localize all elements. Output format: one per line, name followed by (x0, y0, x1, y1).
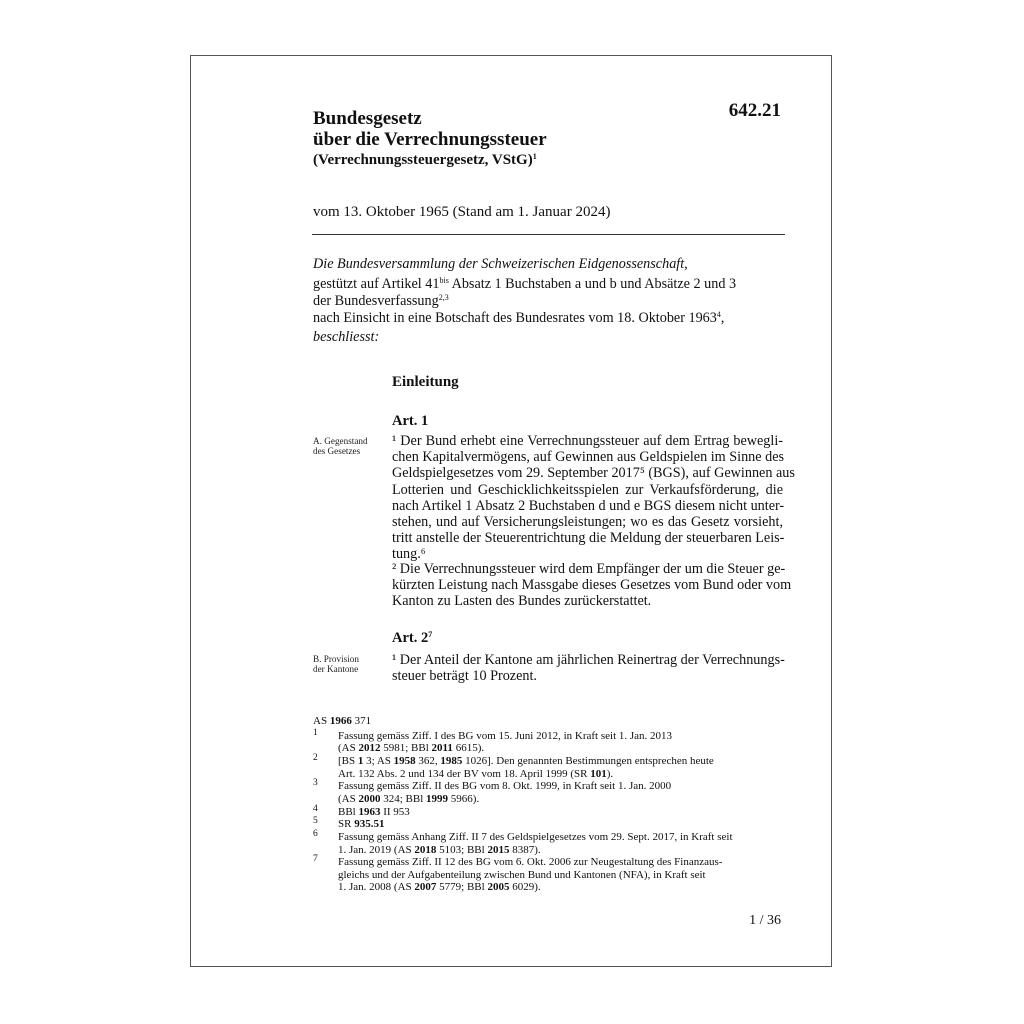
source-year: 1966 (330, 715, 352, 727)
footnote-text: Fassung gemäss Ziff. II 12 des BG vom 6.… (338, 856, 722, 868)
section-heading: Einleitung (392, 374, 459, 391)
short-title: (Verrechnungssteuergesetz, VStG)1 (313, 152, 537, 169)
article-2-heading: Art. 27 (392, 630, 432, 647)
footnote-text: Fassung gemäss Ziff. II des BG vom 8. Ok… (338, 780, 671, 792)
footnote-number: 5 (313, 815, 318, 827)
margin-note-line: A. Gegenstand (313, 436, 368, 446)
title-line-1: Bundesgesetz (313, 108, 422, 130)
paragraph-line: ¹ Der Bund erhebt eine Verrechnungssteue… (392, 433, 783, 449)
footnote-text: [BS 1 3; AS 1958 362, 1985 1026]. Den ge… (338, 755, 714, 767)
article-1-margin-note: A. Gegenstand des Gesetzes (313, 436, 368, 456)
footnote-text: BBl 1963 II 953 (338, 806, 410, 818)
title-line-2: über die Verrechnungssteuer (313, 129, 547, 151)
footnote-number: 7 (313, 853, 318, 865)
margin-note-line: des Gesetzes (313, 446, 368, 456)
footnote-number: 1 (313, 727, 318, 739)
paragraph-line: tritt anstelle der Steuerentrichtung die… (392, 530, 783, 546)
paragraph-line: ² Die Verrechnungssteuer wird dem Empfän… (392, 561, 783, 577)
paragraph-line: ¹ Der Anteil der Kantone am jährlichen R… (392, 652, 783, 668)
superscript: bis (439, 276, 448, 285)
paragraph-line: steuer beträgt 10 Prozent. (392, 668, 783, 684)
margin-note-line: B. Provision (313, 654, 359, 664)
short-title-text: (Verrechnungssteuergesetz, VStG) (313, 152, 533, 168)
preamble-text: gestützt auf Artikel 41 (313, 276, 439, 292)
footnote-text: 1. Jan. 2008 (AS 2007 5779; BBl 2005 602… (338, 881, 541, 893)
preamble-constitution: der Bundesverfassung2,3 (313, 293, 449, 310)
footnote-ref[interactable]: 7 (428, 630, 432, 639)
footnote-number: 4 (313, 803, 318, 815)
official-compilation-source: AS 1966 371 (313, 715, 371, 727)
paragraph-line: Kanton zu Lasten des Bundes zurückerstat… (392, 593, 783, 609)
preamble-message: nach Einsicht in eine Botschaft des Bund… (313, 310, 724, 327)
article-1-paragraph-1: ¹ Der Bund erhebt eine Verrechnungssteue… (392, 433, 783, 563)
article-2-margin-note: B. Provision der Kantone (313, 654, 359, 674)
footnote-text: SR 935.51 (338, 818, 384, 830)
heading-text: Art. 2 (392, 630, 428, 646)
preamble-text: , (721, 310, 725, 326)
footnote-number: 2 (313, 752, 318, 764)
preamble-text: Absatz 1 Buchstaben a und b und Absätze … (449, 276, 736, 292)
article-2-paragraph-1: ¹ Der Anteil der Kantone am jährlichen R… (392, 652, 783, 684)
source-prefix: AS (313, 715, 330, 727)
paragraph-line: Geldspielgesetzes vom 29. September 2017… (392, 465, 783, 481)
document-page: Bundesgesetz über die Verrechnungssteuer… (190, 55, 832, 967)
paragraph-line: stehen, und auf Versicherungsleistungen;… (392, 514, 783, 530)
preamble-enacting-body: Die Bundesversammlung der Schweizerische… (313, 256, 688, 273)
footnote-text: 1. Jan. 2019 (AS 2018 5103; BBl 2015 838… (338, 844, 541, 856)
source-page: 371 (352, 715, 371, 727)
footnote-text: Art. 132 Abs. 2 und 134 der BV vom 18. A… (338, 768, 613, 780)
paragraph-line: Lotterien und Geschicklichkeitsspielen z… (392, 482, 783, 498)
preamble-resolves: beschliesst: (313, 329, 379, 346)
preamble-text: nach Einsicht in eine Botschaft des Bund… (313, 310, 717, 326)
preamble-basis: gestützt auf Artikel 41bis Absatz 1 Buch… (313, 276, 736, 293)
footnote-ref[interactable]: 1 (533, 152, 537, 161)
date-line: vom 13. Oktober 1965 (Stand am 1. Januar… (313, 204, 610, 221)
paragraph-line: nach Artikel 1 Absatz 2 Buchstaben d und… (392, 498, 783, 514)
footnote-text: Fassung gemäss Ziff. I des BG vom 15. Ju… (338, 730, 672, 742)
paragraph-line: chen Kapitalvermögens, auf Gewinnen aus … (392, 449, 783, 465)
sr-number: 642.21 (729, 100, 781, 122)
footnote-text: gleichs und der Aufgabenteilung zwischen… (338, 869, 706, 881)
footnote-ref[interactable]: 2,3 (439, 293, 449, 302)
preamble-text: der Bundesverfassung (313, 293, 439, 309)
footnote-text: (AS 2012 5981; BBl 2011 6615). (338, 742, 484, 754)
footnote-text: (AS 2000 324; BBl 1999 5966). (338, 793, 479, 805)
footnote-number: 6 (313, 828, 318, 840)
footnote-number: 3 (313, 777, 318, 789)
header-divider (312, 234, 785, 235)
footnote-text: Fassung gemäss Anhang Ziff. II 7 des Gel… (338, 831, 733, 843)
article-1-paragraph-2: ² Die Verrechnungssteuer wird dem Empfän… (392, 561, 783, 610)
page-number: 1 / 36 (749, 913, 781, 929)
margin-note-line: der Kantone (313, 664, 359, 674)
article-1-heading: Art. 1 (392, 413, 428, 430)
paragraph-line: kürzten Leistung nach Massgabe dieses Ge… (392, 577, 783, 593)
